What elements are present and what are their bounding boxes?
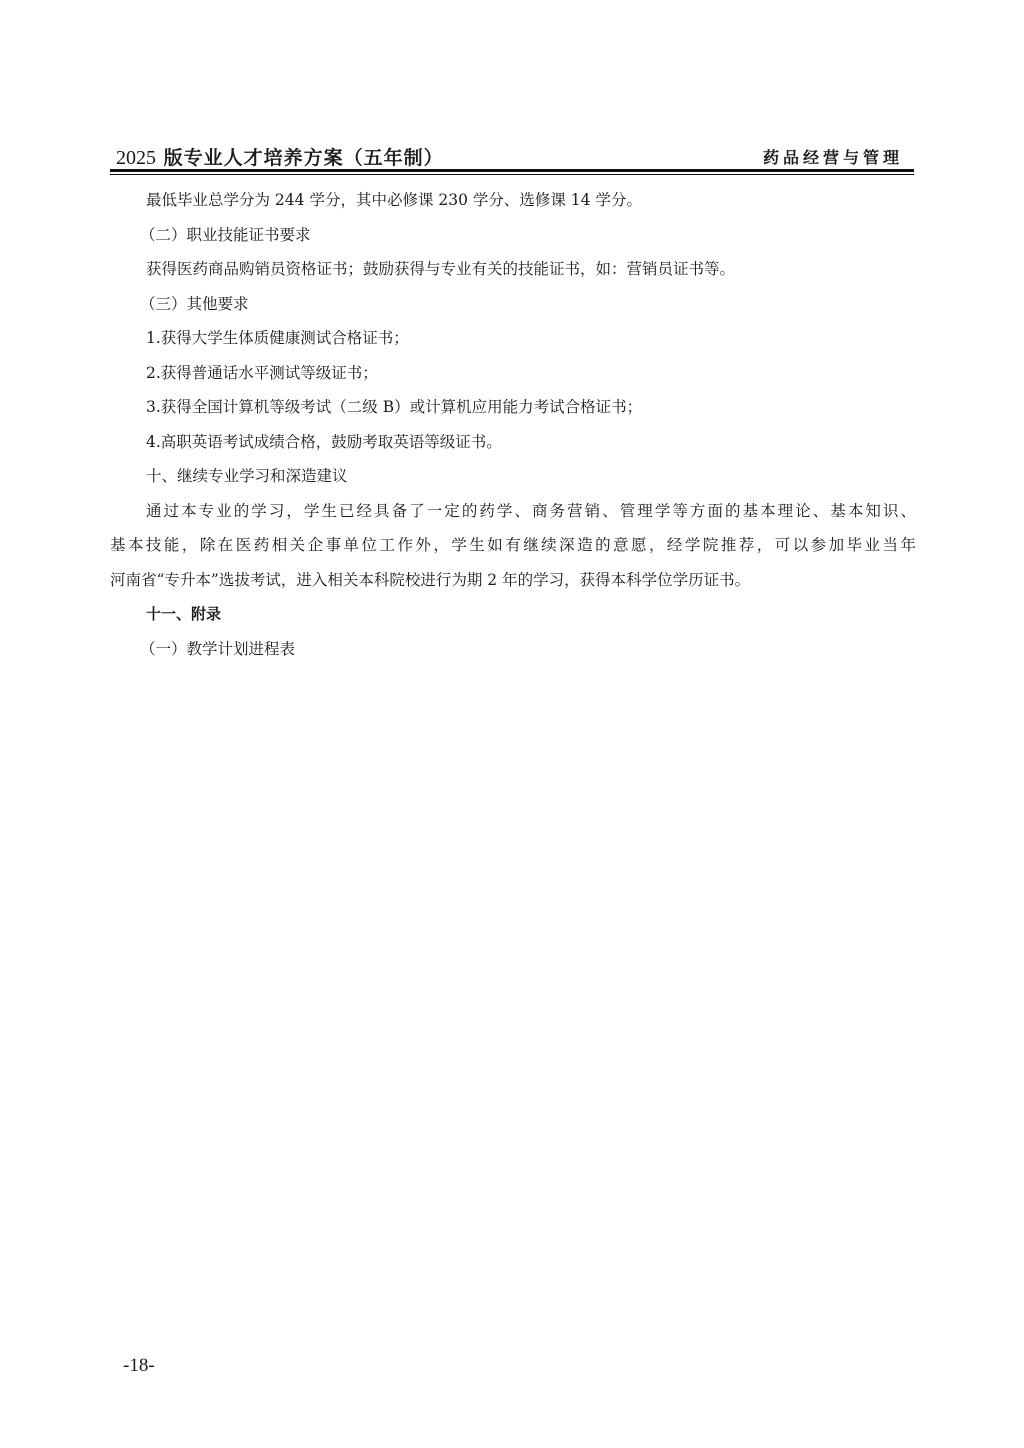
page-number: -18- bbox=[123, 1355, 155, 1377]
header-program-title: 2025 版专业人才培养方案（五年制） bbox=[116, 143, 444, 170]
header-rule-thick bbox=[110, 169, 914, 172]
requirement-item: 1.获得大学生体质健康测试合格证书； bbox=[110, 321, 916, 356]
section-heading-certificates: （二）职业技能证书要求 bbox=[110, 218, 916, 253]
further-study-paragraph-line: 河南省“专升本”选拔考试，进入相关本科院校进行为期 2 年的学习，获得本科学位学… bbox=[110, 563, 916, 598]
page-header: 2025 版专业人才培养方案（五年制） 药品经营与管理 bbox=[113, 141, 913, 171]
requirement-item: 3.获得全国计算机等级考试（二级 B）或计算机应用能力考试合格证书； bbox=[110, 390, 916, 425]
further-study-paragraph-line: 通过本专业的学习，学生已经具备了一定的药学、商务营销、管理学等方面的基本理论、基… bbox=[110, 494, 916, 529]
document-body: 最低毕业总学分为 244 学分，其中必修课 230 学分、选修课 14 学分。 … bbox=[110, 183, 916, 666]
credits-paragraph: 最低毕业总学分为 244 学分，其中必修课 230 学分、选修课 14 学分。 bbox=[110, 183, 916, 218]
requirement-item: 4.高职英语考试成绩合格，鼓励考取英语等级证书。 bbox=[110, 425, 916, 460]
header-major-name: 药品经营与管理 bbox=[763, 145, 903, 168]
header-year: 2025 bbox=[116, 147, 156, 169]
requirement-item: 2.获得普通话水平测试等级证书； bbox=[110, 356, 916, 391]
header-title-text: 版专业人才培养方案（五年制） bbox=[164, 147, 444, 169]
certificates-paragraph: 获得医药商品购销员资格证书；鼓励获得与专业有关的技能证书，如：营销员证书等。 bbox=[110, 252, 916, 287]
header-rule-thin bbox=[110, 174, 914, 175]
chapter-heading-appendix: 十一、附录 bbox=[110, 597, 916, 632]
section-heading-other-requirements: （三）其他要求 bbox=[110, 287, 916, 322]
chapter-heading-further-study: 十、继续专业学习和深造建议 bbox=[110, 459, 916, 494]
further-study-paragraph-line: 基本技能，除在医药相关企事单位工作外，学生如有继续深造的意愿，经学院推荐，可以参… bbox=[110, 528, 916, 563]
section-heading-teaching-plan: （一）教学计划进程表 bbox=[110, 632, 916, 667]
